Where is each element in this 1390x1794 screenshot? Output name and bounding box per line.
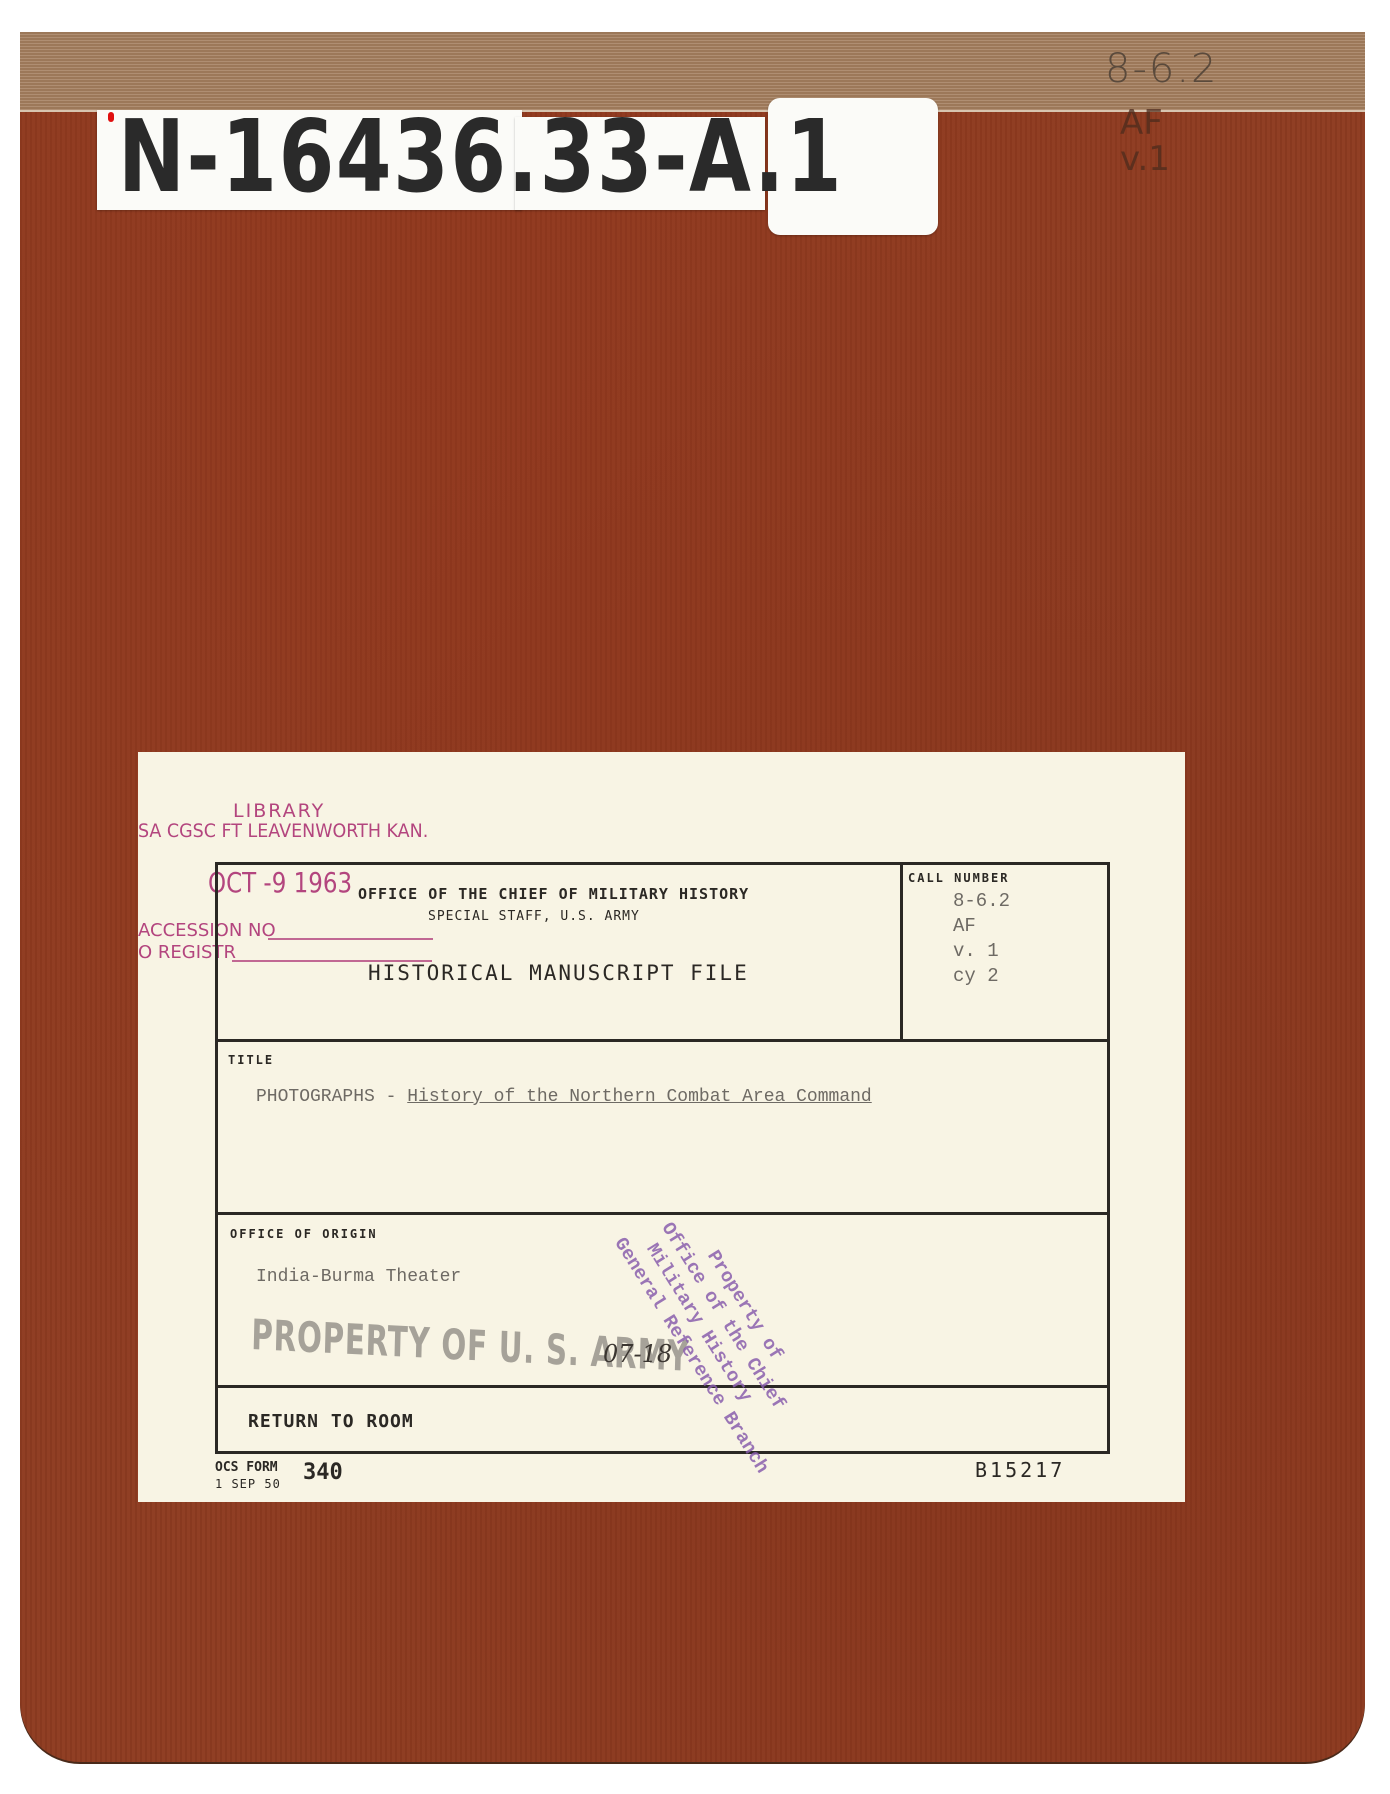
form-name: OCS FORM: [215, 1460, 278, 1475]
handwritten-date: 07-18: [603, 1340, 672, 1368]
form-number: 340: [303, 1460, 343, 1485]
staff-heading: SPECIAL STAFF, U.S. ARMY: [428, 909, 640, 924]
serial-number: B15217: [975, 1458, 1065, 1482]
call-number-value: 8-6.2 AF v. 1 cy 2: [953, 889, 1010, 989]
call-number-label: CALL NUMBER: [908, 871, 1009, 885]
spine-handwriting: 8-6.2: [1105, 46, 1219, 92]
cover-handwriting: AF v.1: [1120, 105, 1170, 177]
origin-value: India-Burma Theater: [256, 1267, 461, 1287]
divider: [218, 1039, 1107, 1042]
title-label: TITLE: [228, 1053, 274, 1067]
return-to-room-label: RETURN TO ROOM: [248, 1411, 414, 1432]
file-type-heading: HISTORICAL MANUSCRIPT FILE: [368, 961, 749, 985]
divider: [218, 1385, 1107, 1388]
office-heading: OFFICE OF THE CHIEF OF MILITARY HISTORY: [358, 885, 749, 903]
form-date: 1 SEP 50: [215, 1477, 281, 1491]
red-mark: [108, 112, 114, 122]
library-stamp: LIBRARY: [233, 800, 325, 822]
call-number-divider: [900, 865, 903, 1042]
library-stamp-location: SA CGSC FT LEAVENWORTH KAN.: [138, 820, 428, 842]
title-value: PHOTOGRAPHS - History of the Northern Co…: [256, 1087, 872, 1107]
origin-label: OFFICE OF ORIGIN: [230, 1227, 378, 1241]
label-number: N-16436.33-A.1: [118, 98, 843, 215]
